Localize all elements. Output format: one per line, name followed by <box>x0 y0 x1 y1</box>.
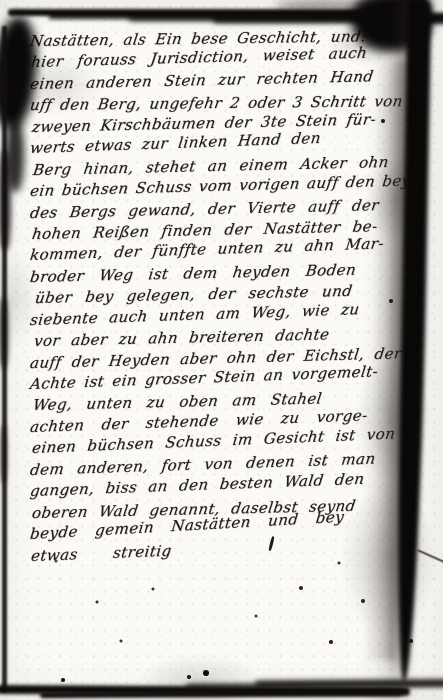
handwriting-block: Nastätten, als Ein bese Geschicht, und: … <box>30 31 419 567</box>
scan-border-left <box>2 26 7 692</box>
scanned-manuscript-page: Nastätten, als Ein bese Geschicht, und: … <box>0 0 443 700</box>
scan-blob-left-upper <box>6 118 24 192</box>
scan-border-top <box>8 9 412 16</box>
paper-specks <box>0 0 2 2</box>
scan-blob-left-b <box>0 298 8 368</box>
scan-scratch-line <box>417 549 443 565</box>
scan-border-bottom-inner <box>40 690 402 699</box>
scan-smudge-top <box>275 0 370 11</box>
scan-blob-left-c <box>0 425 7 483</box>
scan-blob-left-a <box>0 150 11 250</box>
scan-border-bottom <box>0 685 410 696</box>
